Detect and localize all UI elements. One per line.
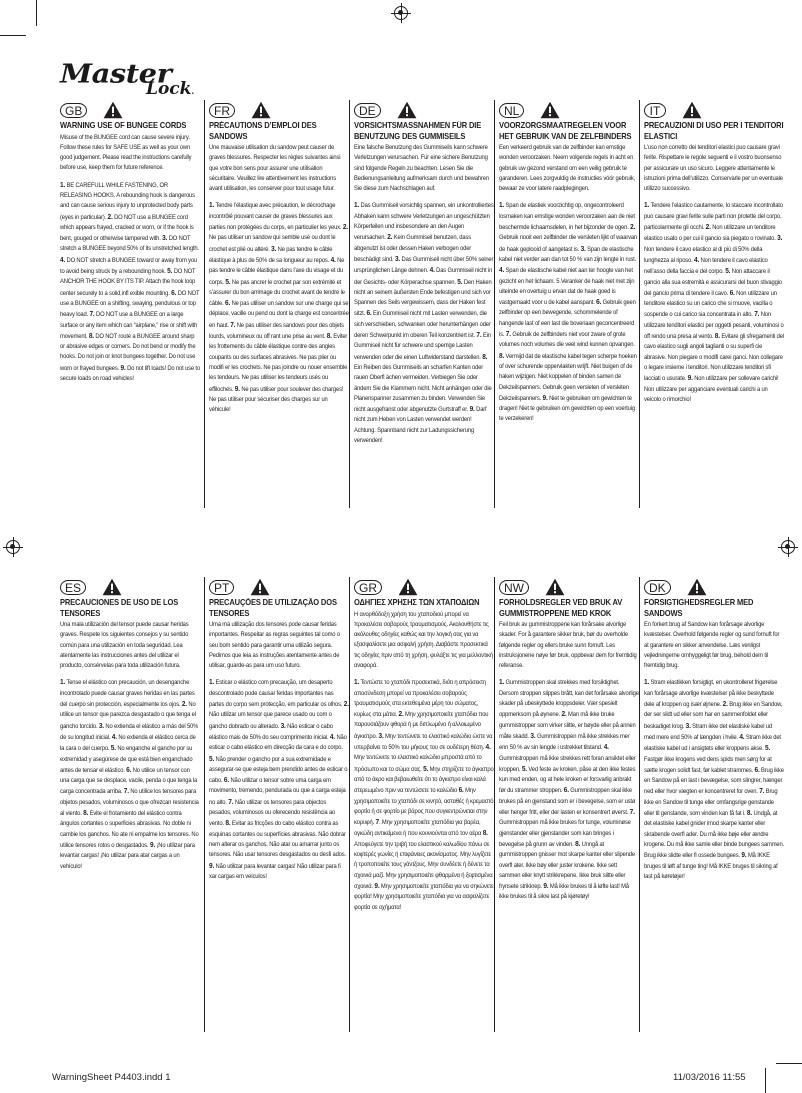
language-section-nl: NL VOORZORGSMAATREGELEN VOOR HET GEBRUIK… [495,100,640,508]
section-rules: 1. BE CAREFULL WHILE FASTENING, OR RELEA… [60,180,200,385]
section-header-icons: GB [60,100,200,120]
rule-text: Tendre l’élastique avec précaution, le d… [209,202,343,231]
warning-triangle-icon [540,101,560,119]
section-header-icons: DE [354,100,490,120]
section-intro: Une mauvaise utilisation du sandow peut … [209,143,349,194]
section-intro: Eine falsche Benutzung des Gummiseils ka… [354,143,494,194]
section-rules: 1. Stram elastikken forsigtigt, en ukont… [644,677,784,882]
section-header-icons: GR [354,577,490,597]
language-section-fr: FR PRÉCAUTIONS D’EMPLOI DES SANDOWS Une … [205,100,350,508]
rule-text: Gebruik de zelfbinders niet voor zware o… [499,331,635,348]
rule-text: Span de elastiek voorzichtig op, ongecon… [499,202,635,231]
warning-triangle-icon [251,101,271,119]
section-intro: L’uso non corretto dei tenditori elastic… [644,143,784,194]
section-rules: 1. Tense el elástico con precaución, un … [60,677,200,871]
top-language-row: GB WARNING USE OF BUNGEE CORDS Misuse of… [60,100,785,520]
language-code-badge: NL [499,103,524,118]
section-intro: Una mala utilización del tensor puede ca… [60,620,200,671]
logo-lock-text: Lock. [146,79,194,99]
section-intro: Misuse of the BUNGEE cord can cause seve… [60,133,200,174]
language-code-badge: ES [60,580,86,595]
registration-mark-icon [781,540,795,554]
rule-number: 5. [765,743,770,752]
section-header-icons: FR [209,100,345,120]
crop-mark [36,0,37,26]
section-intro: Een verkeerd gebruik van de zelfbinder k… [499,143,639,194]
rule-number: 2. [344,699,349,708]
rule-number: 3. [777,233,782,242]
rule-text: Tense el elástico con precaución, un des… [60,679,195,708]
registration-mark-icon [6,540,20,554]
language-section-it: IT PRECAUZIONI DI USO PER I TENDITORI EL… [640,100,785,520]
section-rules: 1. Tendere l’elastico cautamente, lo sta… [644,200,784,405]
rule-number: 8. [483,828,488,837]
section-title: PRECAUÇÕES DE UTILIZAÇÃO DOS TENSORES [209,598,349,619]
section-header-icons: NL [499,100,635,120]
rule-text: Eviter les frottements du câble élastiqu… [209,333,347,392]
section-rules: 1. Τεντώστε το χταπόδι προσεκτικά, διότι… [354,677,494,913]
registration-mark-icon [394,6,408,20]
warning-triangle-icon [103,101,123,119]
section-title: VORSICHTSMASSNAHMEN FÜR DIE BENUTZUNG DE… [354,121,494,142]
section-rules: 1. Das Gummiseil vorsichtig spannen, ein… [354,200,494,446]
section-title: PRECAUCIONES DE USO DE LOS TENSORES [60,598,200,619]
crop-mark [776,1063,802,1064]
rule-number: 2. [630,222,635,231]
rule-text: Ein Gummiseil nicht mit Lasten verwenden… [354,310,491,339]
rule-number: 4. [604,742,609,751]
section-header-icons: NW [499,577,635,597]
section-title: ΟΔΗΓΙΕΣ ΧΡΗΣΗΣ ΤΩΝ ΧΤΑΠΟΔΙΩΝ [354,598,494,609]
section-header-icons: IT [644,100,781,120]
rule-text: Evitar as fricções do cabo elástico cont… [209,820,346,858]
warning-triangle-icon [397,101,417,119]
crop-mark [0,35,26,36]
rule-number: 8. [482,352,487,361]
language-code-badge: DK [644,580,671,595]
warning-triangle-icon [250,578,270,596]
language-code-badge: GR [354,580,382,595]
section-title: PRECAUZIONI DI USO PER I TENDITORI ELAST… [644,121,784,142]
rule-number: 7. [630,807,635,816]
section-title: FORHOLDSREGLER VED BRUK AV GUMMISTROPPEN… [499,598,639,619]
language-section-gb: GB WARNING USE OF BUNGEE CORDS Misuse of… [60,100,205,508]
footer-filename: WarningSheet P4403.indd 1 [52,1072,170,1083]
section-intro: Uma má utilização dos tensores pode caus… [209,620,349,671]
rule-text: Não utilizar para levantar cargas! Não u… [209,863,341,880]
language-code-badge: DE [354,103,381,118]
language-section-es: ES PRECAUCIONES DE USO DE LOS TENSORES U… [60,577,205,1032]
language-code-badge: GB [60,103,87,118]
language-section-de: DE VORSICHTSMASSNAHMEN FÜR DIE BENUTZUNG… [350,100,495,508]
rule-number: 2. [343,222,348,231]
rule-text: Fastgør ikke krogens ved dens spids men … [644,756,772,774]
warning-triangle-icon [687,578,707,596]
section-intro: En forkert brug af Sandow kan forårsage … [644,620,784,671]
footer-datetime: 11/03/2016 11:55 [673,1072,746,1083]
section-title: PRÉCAUTIONS D’EMPLOI DES SANDOWS [209,121,349,142]
rule-text: Gummistroppen må ikke brukes for tunge, … [499,819,631,848]
language-code-badge: IT [644,103,666,118]
section-intro: Η ανορθόδοξη χρήση του χταποδιού μπορεί … [354,610,494,672]
section-header-icons: DK [644,577,781,597]
section-title: WARNING USE OF BUNGEE CORDS [60,121,200,132]
language-section-dk: DK FORSIGTIGHEDSREGLER MED SANDOWS En fo… [640,577,785,1047]
warning-triangle-icon [545,578,565,596]
section-intro: Feil bruk av gummistroppene kan forårsak… [499,620,639,671]
master-lock-logo: Master Lock. [60,58,195,100]
section-rules: 1. Gummistroppen skal strekkes med forsi… [499,677,639,902]
section-header-icons: PT [209,577,345,597]
language-section-pt: PT PRECAUÇÕES DE UTILIZAÇÃO DOS TENSORES… [205,577,350,1032]
section-title: VOORZORGSMAATREGELEN VOOR HET GEBRUIK VA… [499,121,639,142]
rule-text: Esticar o elástico com precaução, um des… [209,679,344,708]
language-code-badge: FR [209,103,235,118]
section-rules: 1. Tendre l’élastique avec précaution, l… [209,200,349,415]
language-section-nw: NW FORHOLDSREGLER VED BRUK AV GUMMISTROP… [495,577,640,1032]
bottom-language-row: ES PRECAUCIONES DE USO DE LOS TENSORES U… [60,577,785,1047]
warning-triangle-icon [102,578,122,596]
warning-triangle-icon [682,101,702,119]
language-code-badge: PT [209,580,234,595]
section-header-icons: ES [60,577,200,597]
rule-number: 4. [485,742,490,751]
section-title: FORSIGTIGHEDSREGLER MED SANDOWS [644,598,784,619]
language-section-gr: GR ΟΔΗΓΙΕΣ ΧΡΗΣΗΣ ΤΩΝ ΧΤΑΠΟΔΙΩΝ Η ανορθό… [350,577,495,1032]
language-code-badge: NW [499,580,529,595]
section-rules: 1. Esticar o elástico com precaução, um … [209,677,349,882]
warning-triangle-icon [398,578,418,596]
crop-mark [765,1068,766,1093]
section-rules: 1. Span de elastiek voorzichtig op, onge… [499,200,639,424]
